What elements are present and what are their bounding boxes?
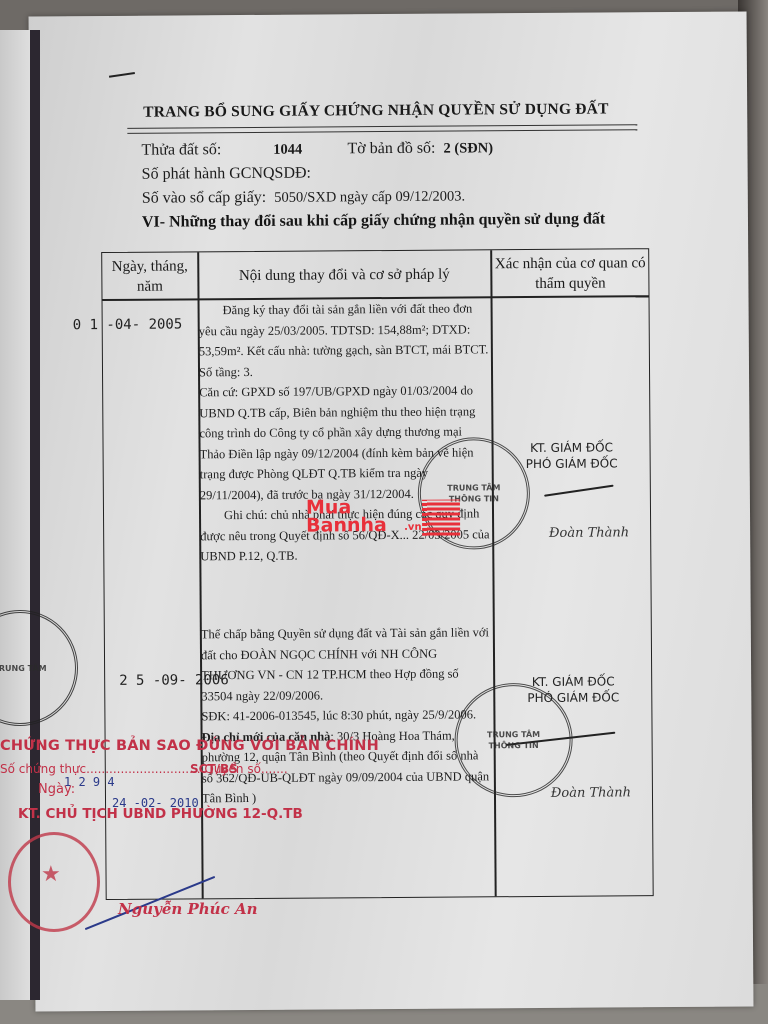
official-round-stamp: TRUNG TÂM THÔNG TIN [454,683,573,798]
red-official-seal [8,832,100,932]
title-rule [127,129,637,134]
document-page: TRANG BỔ SUNG GIẤY CHỨNG NHẬN QUYỀN SỬ D… [29,12,754,1012]
header-content: Nội dung thay đổi và cơ sở pháp lý [198,264,490,286]
certification-signer: Nguyễn Phúc An [118,900,257,918]
row-1-signer: Đoàn Thành [499,525,629,541]
header-authority: Xác nhận của cơ quan có thẩm quyền [492,253,648,294]
certification-numbers: Số chứng thực...........................… [0,762,288,776]
signature-stroke [544,485,614,497]
row-2-content: Thế chấp bằng Quyền sử dụng đất và Tài s… [201,622,492,809]
certification-date-label: Ngày: [38,782,75,797]
pen-mark [109,72,135,78]
section-heading: VI- Những thay đổi sau khi cấp giấy chứn… [142,210,605,231]
certification-title: CHỨNG THỰC BẢN SAO ĐÚNG VỚI BẢN CHÍNH [0,738,379,754]
row-1-date: 0 1 -04- 2005 [73,316,183,333]
header-date: Ngày, tháng, năm [102,256,197,297]
document-title: TRANG BỔ SUNG GIẤY CHỨNG NHẬN QUYỀN SỬ D… [143,100,613,121]
map-sheet-field: Tờ bản đồ số:2 (SĐN) [347,139,493,158]
building-icon [422,500,460,536]
watermark-logo: MuaBannha .vn [306,497,466,540]
title-rule [127,124,637,129]
quyen-so-value: SCT/BS [190,762,238,776]
registry-number-field: Số vào sổ cấp giấy:5050/SXD ngày cấp 09/… [142,187,465,207]
issue-number-field: Số phát hành GCNQSDĐ: [142,165,311,184]
certification-chair: KT. CHỦ TỊCH UBND PHƯỜNG 12-Q.TB [18,806,303,822]
parcel-number-field: Thửa đất số:1044 [141,141,302,160]
